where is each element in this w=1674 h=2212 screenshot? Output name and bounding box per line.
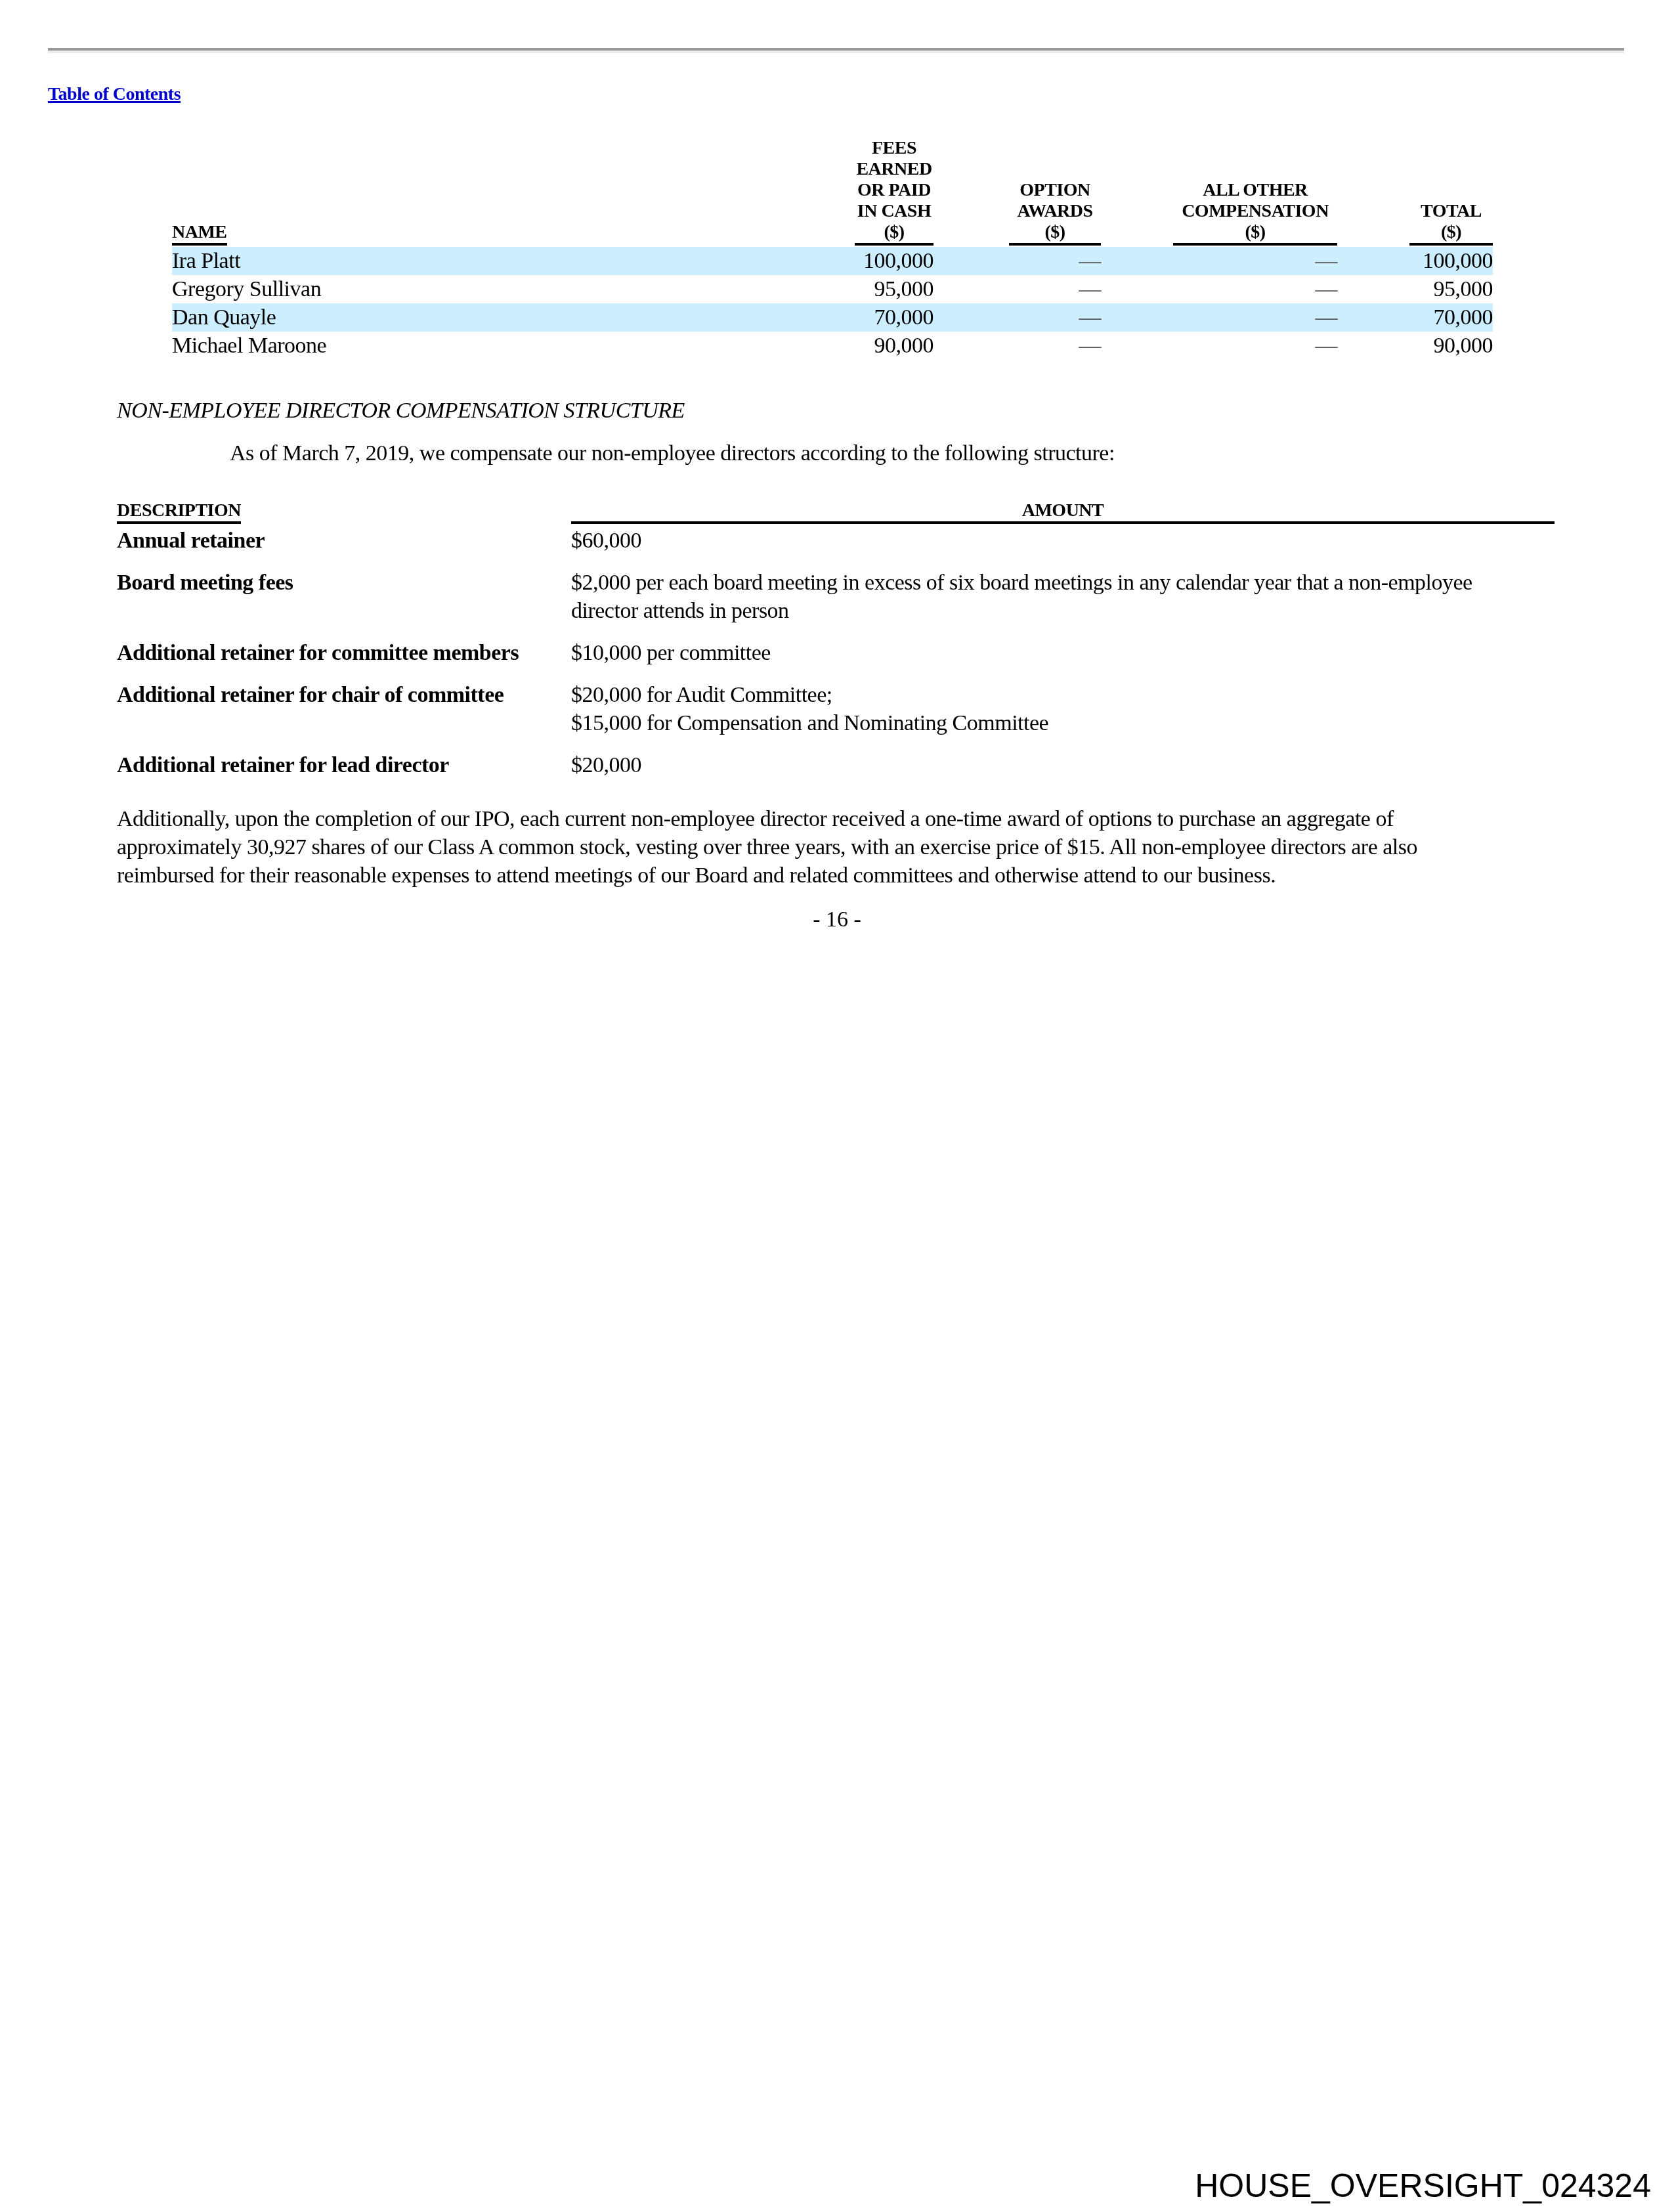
intro-text: As of March 7, 2019, we compensate our n… xyxy=(230,441,1115,466)
total-cell: 70,000 xyxy=(1409,303,1493,332)
page-number: - 16 - xyxy=(0,907,1674,932)
all-other-compensation-cell: — xyxy=(1173,332,1337,360)
all-other-compensation-cell: — xyxy=(1173,303,1337,332)
structure-row: Additional retainer for chair of committ… xyxy=(117,681,1555,737)
director-name: Gregory Sullivan xyxy=(172,275,855,303)
fees-earned-cell: 70,000 xyxy=(855,303,934,332)
structure-description: Additional retainer for lead director xyxy=(117,751,571,779)
table-row: Dan Quayle70,000——70,000 xyxy=(172,303,1493,332)
option-awards-cell: — xyxy=(1009,275,1101,303)
fees-earned-cell: 100,000 xyxy=(855,247,934,275)
table-row: Michael Maroone90,000——90,000 xyxy=(172,332,1493,360)
option-awards-cell: — xyxy=(1009,303,1101,332)
header-description: DESCRIPTION xyxy=(117,500,241,524)
header-option-awards: OPTIONAWARDS($) xyxy=(1009,138,1101,247)
header-amount: AMOUNT xyxy=(571,500,1555,524)
additional-info-paragraph: Additionally, upon the completion of our… xyxy=(117,805,1561,890)
compensation-structure-table: DESCRIPTION AMOUNT Annual retainer$60,00… xyxy=(117,500,1555,779)
table-row: Gregory Sullivan95,000——95,000 xyxy=(172,275,1493,303)
director-name: Michael Maroone xyxy=(172,332,855,360)
structure-description: Additional retainer for committee member… xyxy=(117,639,571,667)
header-all-other-compensation: ALL OTHERCOMPENSATION($) xyxy=(1173,138,1337,247)
structure-amount: $60,000 xyxy=(571,527,1555,555)
total-cell: 95,000 xyxy=(1409,275,1493,303)
director-compensation-table: NAME FEESEARNEDOR PAIDIN CASH($) OPTIONA… xyxy=(172,138,1493,360)
structure-description: Annual retainer xyxy=(117,527,571,555)
structure-description: Additional retainer for chair of committ… xyxy=(117,681,571,737)
structure-row: Annual retainer$60,000 xyxy=(117,527,1555,555)
fees-earned-cell: 90,000 xyxy=(855,332,934,360)
total-cell: 90,000 xyxy=(1409,332,1493,360)
header-option-awards-label: OPTIONAWARDS($) xyxy=(1009,180,1101,246)
all-other-compensation-cell: — xyxy=(1173,275,1337,303)
option-awards-cell: — xyxy=(1009,247,1101,275)
fees-earned-cell: 95,000 xyxy=(855,275,934,303)
table-of-contents-link[interactable]: Table of Contents xyxy=(48,84,181,105)
section-title: NON-EMPLOYEE DIRECTOR COMPENSATION STRUC… xyxy=(117,399,685,423)
structure-amount: $10,000 per committee xyxy=(571,639,1555,667)
structure-amount: $20,000 xyxy=(571,751,1555,779)
header-name: NAME xyxy=(172,138,855,247)
header-total-label: TOTAL($) xyxy=(1409,201,1493,246)
top-horizontal-rule xyxy=(48,48,1624,53)
option-awards-cell: — xyxy=(1009,332,1101,360)
header-all-other-label: ALL OTHERCOMPENSATION($) xyxy=(1173,180,1337,246)
header-fees: FEESEARNEDOR PAIDIN CASH($) xyxy=(855,138,934,247)
bates-number: HOUSE_OVERSIGHT_024324 xyxy=(1195,2167,1651,2205)
total-cell: 100,000 xyxy=(1409,247,1493,275)
table-row: Ira Platt100,000——100,000 xyxy=(172,247,1493,275)
header-fees-label: FEESEARNEDOR PAIDIN CASH($) xyxy=(855,138,934,246)
structure-amount: $20,000 for Audit Committee;$15,000 for … xyxy=(571,681,1555,737)
header-name-label: NAME xyxy=(172,222,227,246)
structure-row: Board meeting fees$2,000 per each board … xyxy=(117,569,1555,625)
structure-row: Additional retainer for committee member… xyxy=(117,639,1555,667)
all-other-compensation-cell: — xyxy=(1173,247,1337,275)
structure-description: Board meeting fees xyxy=(117,569,571,625)
table-header-row: NAME FEESEARNEDOR PAIDIN CASH($) OPTIONA… xyxy=(172,138,1493,247)
structure-amount: $2,000 per each board meeting in excess … xyxy=(571,569,1555,625)
director-name: Ira Platt xyxy=(172,247,855,275)
structure-row: Additional retainer for lead director$20… xyxy=(117,751,1555,779)
header-total: TOTAL($) xyxy=(1409,138,1493,247)
structure-header-row: DESCRIPTION AMOUNT xyxy=(117,500,1555,527)
director-name: Dan Quayle xyxy=(172,303,855,332)
